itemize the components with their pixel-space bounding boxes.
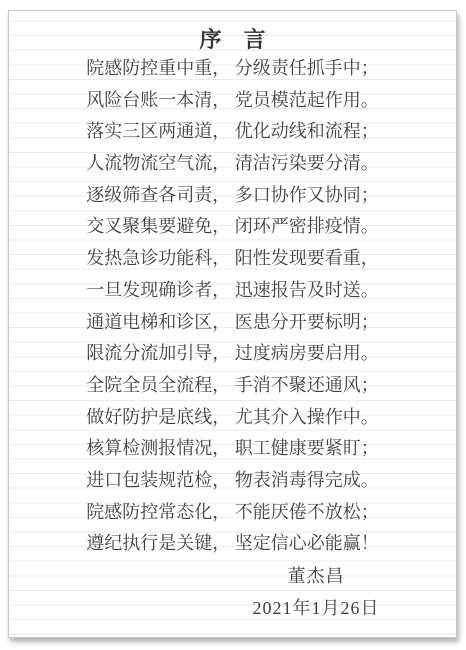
verse-line: 做好防护是底线， 尤其介入操作中。 [9, 402, 456, 434]
document-page: 序 言 院感防控重中重， 分级责任抓手中； 风险台账一本清， 党员模范起作用。 … [8, 10, 457, 638]
verse-line: 人流物流空气流， 清洁污染要分清。 [9, 148, 456, 180]
verse-line: 发热急诊功能科， 阳性发现要看重， [9, 243, 456, 275]
verse-line: 逐级筛查各司责， 多口协作又协同； [9, 180, 456, 212]
verse-line: 院感防控常态化， 不能厌倦不放松； [9, 497, 456, 529]
verse-line: 核算检测报情况， 职工健康要紧盯； [9, 433, 456, 465]
page-title: 序 言 [9, 23, 456, 54]
signature-name: 董杰昌 [216, 560, 416, 592]
verse-line: 限流分流加引导， 过度病房要启用。 [9, 338, 456, 370]
verse-line: 落实三区两通道， 优化动线和流程； [9, 116, 456, 148]
verse-line: 遵纪执行是关键， 坚定信心必能赢！ [9, 528, 456, 560]
verse-line: 一旦发现确诊者， 迅速报告及时送。 [9, 275, 456, 307]
verse-line: 交叉聚集要避免， 闭环严密排疫情。 [9, 211, 456, 243]
verse-line: 风险台账一本清， 党员模范起作用。 [9, 85, 456, 117]
verse-line: 进口包装规范检， 物表消毒得完成。 [9, 465, 456, 497]
verse-line: 院感防控重中重， 分级责任抓手中； [9, 53, 456, 85]
signature-date: 2021年1月26日 [216, 592, 416, 624]
signature-block: 董杰昌 2021年1月26日 [216, 560, 416, 624]
verse-line: 全院全员全流程， 手消不聚还通风； [9, 370, 456, 402]
verse-body: 院感防控重中重， 分级责任抓手中； 风险台账一本清， 党员模范起作用。 落实三区… [9, 53, 456, 560]
verse-line: 通道电梯和诊区， 医患分开要标明； [9, 307, 456, 339]
